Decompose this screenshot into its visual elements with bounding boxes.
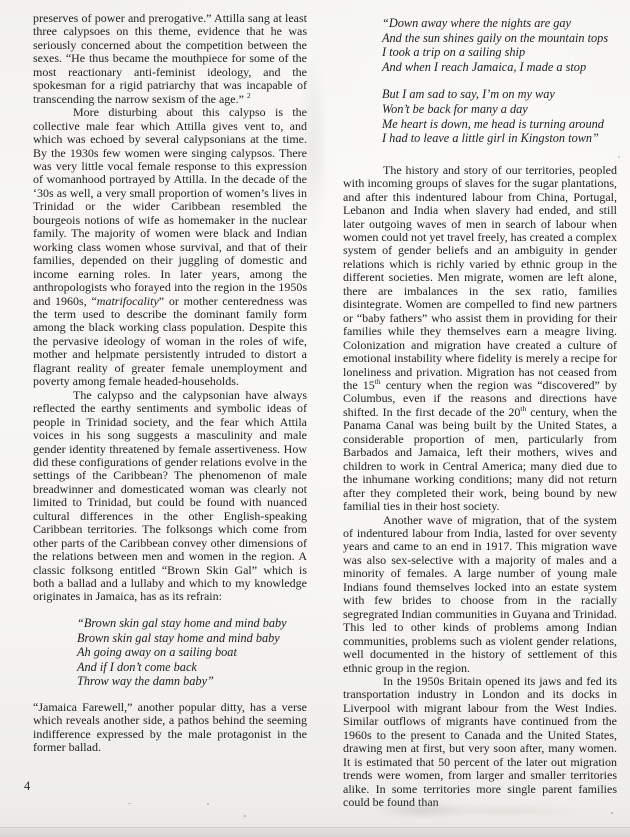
verse-line: Won’t be back for many a day bbox=[382, 102, 617, 117]
text-run: Another wave of migration, that of the s… bbox=[343, 513, 617, 675]
verse-line: “Down away where the nights are gay bbox=[382, 16, 617, 31]
body-paragraph: More disturbing about this calypso is th… bbox=[33, 106, 307, 389]
verse-line: Throw way the damn baby” bbox=[77, 674, 307, 689]
verse-line: And the sun shines gaily on the mountain… bbox=[382, 31, 617, 46]
scanned-book-page: preserves of power and prerogative.” Att… bbox=[0, 0, 630, 837]
page-bottom-edge bbox=[0, 827, 630, 837]
verse-line: And if I don’t come back bbox=[77, 660, 307, 675]
page-number: 4 bbox=[24, 779, 30, 794]
text-run: matrifocality bbox=[97, 294, 159, 308]
verse-line: And when I reach Jamaica, I made a stop bbox=[382, 60, 617, 75]
text-run: More disturbing about this calypso is th… bbox=[33, 105, 307, 307]
text-run: In the 1950s Britain opened its jaws and… bbox=[343, 674, 617, 809]
verse-line: Brown skin gal stay home and mind baby bbox=[77, 631, 307, 646]
body-paragraph-continuation: preserves of power and prerogative.” Att… bbox=[33, 12, 307, 106]
body-paragraph: In the 1950s Britain opened its jaws and… bbox=[343, 675, 617, 810]
body-paragraph: The history and story of our territories… bbox=[343, 164, 617, 514]
verse-line: Me heart is down, me head is turning aro… bbox=[382, 117, 617, 132]
text-run: “Jamaica Farewell,” another popular ditt… bbox=[33, 700, 307, 754]
song-refrain: “Brown skin gal stay home and mind baby … bbox=[77, 616, 307, 689]
scan-speck bbox=[611, 812, 613, 814]
right-column: “Down away where the nights are gay And … bbox=[343, 12, 617, 810]
text-run: preserves of power and prerogative.” Att… bbox=[33, 11, 307, 106]
body-paragraph: The calypso and the calypsonian have alw… bbox=[33, 389, 307, 604]
body-paragraph: “Jamaica Farewell,” another popular ditt… bbox=[33, 701, 307, 755]
stanza-gap bbox=[382, 74, 617, 87]
text-run: The calypso and the calypsonian have alw… bbox=[33, 388, 307, 604]
verse-stanza: “Down away where the nights are gay And … bbox=[382, 16, 617, 74]
verse-line: I had to leave a little girl in Kingston… bbox=[382, 131, 617, 146]
verse-stanza: But I am sad to say, I’m on my way Won’t… bbox=[382, 87, 617, 145]
left-column: preserves of power and prerogative.” Att… bbox=[33, 12, 307, 755]
scan-speck bbox=[207, 803, 209, 805]
scan-speck bbox=[394, 804, 396, 806]
text-run: ” or mother centeredness was the term us… bbox=[33, 294, 307, 389]
scan-speck bbox=[244, 815, 246, 817]
verse-line: Ah going away on a sailing boat bbox=[77, 645, 307, 660]
scan-speck bbox=[128, 803, 131, 804]
superscript-marker: 2 bbox=[247, 91, 251, 100]
verse-line: I took a trip on a sailing ship bbox=[382, 45, 617, 60]
scan-speck bbox=[618, 156, 620, 158]
song-verse: “Down away where the nights are gay And … bbox=[382, 16, 617, 146]
text-run: The history and story of our territories… bbox=[343, 163, 617, 392]
verse-line: But I am sad to say, I’m on my way bbox=[382, 87, 617, 102]
verse-line: “Brown skin gal stay home and mind baby bbox=[77, 616, 307, 631]
text-run: century, when the Panama Canal was being… bbox=[343, 405, 617, 513]
body-paragraph: Another wave of migration, that of the s… bbox=[343, 514, 617, 675]
